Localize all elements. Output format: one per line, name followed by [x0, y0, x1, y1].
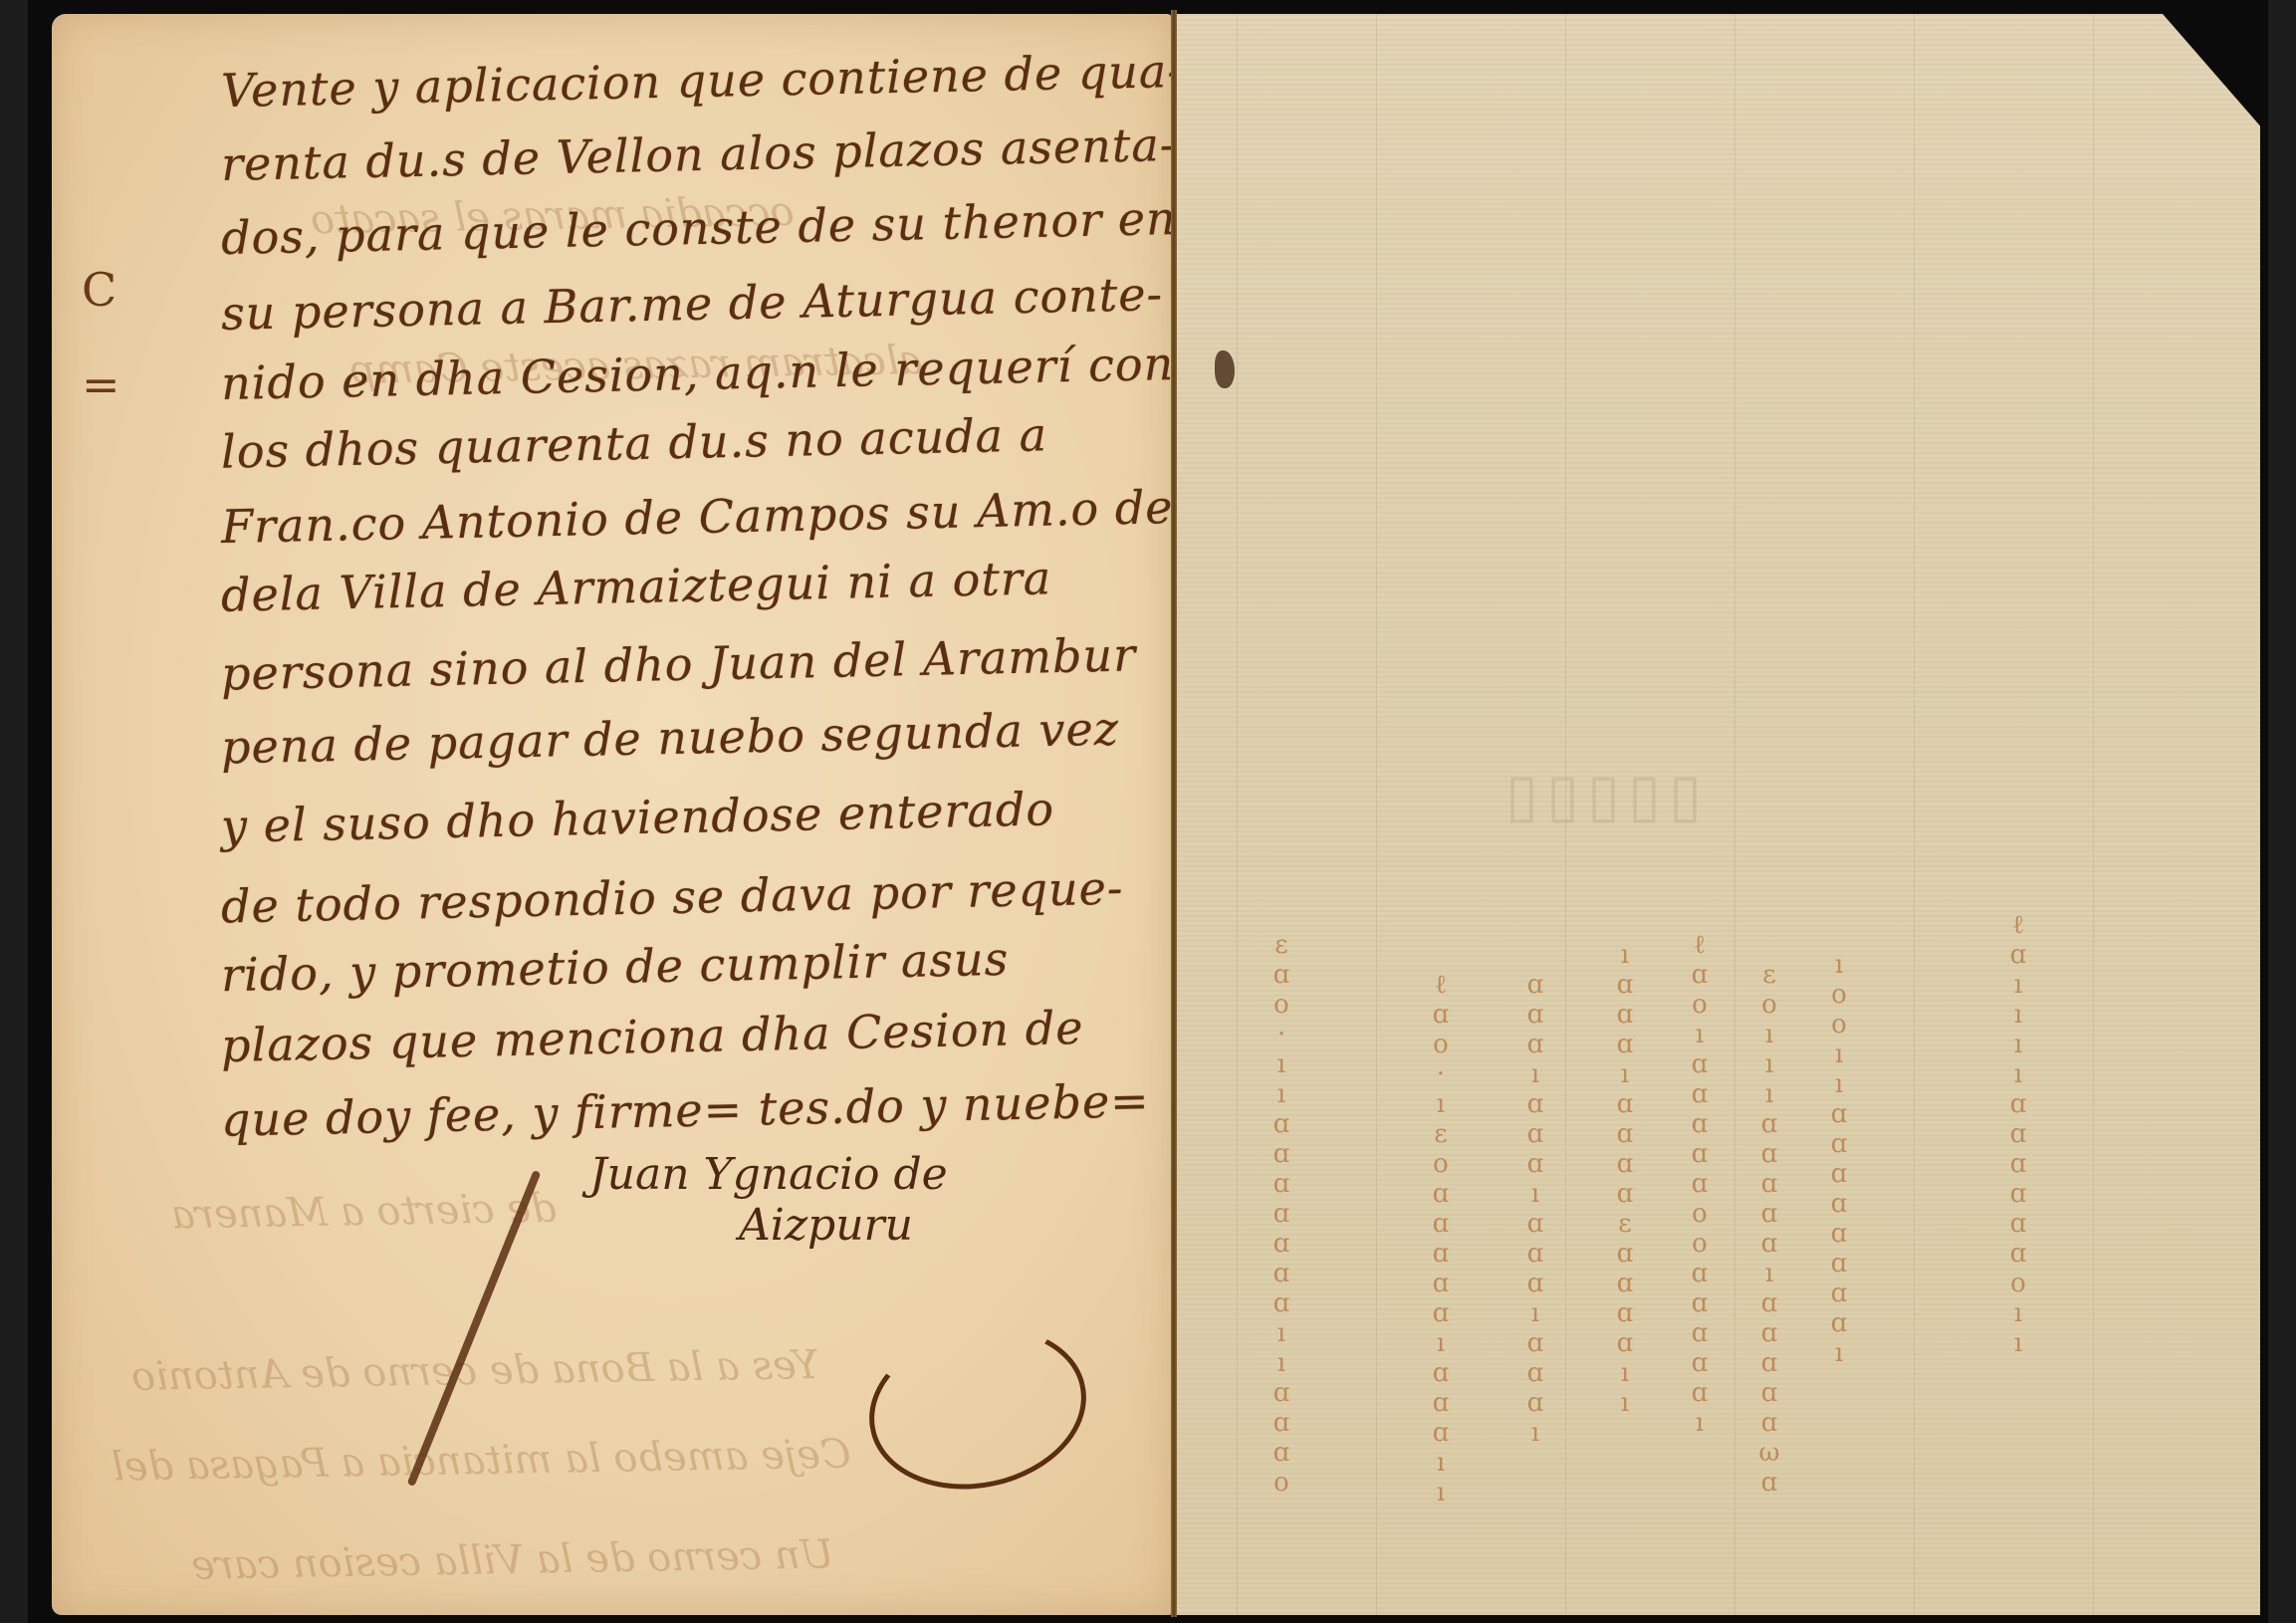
chain-line — [1237, 14, 1238, 1615]
scan-border-right — [2268, 0, 2296, 1623]
manuscript-line: Vente y aplicacion que contiene de qua- — [221, 44, 1173, 117]
manuscript-line: renta du.s de Vellon alos plazos asenta- — [221, 117, 1173, 191]
watermark: ▯▯▯▯▯ — [1505, 761, 1710, 830]
ink-blot — [1215, 350, 1235, 388]
manuscript-line: Fran.co Antonio de Campos su Am.o de — [221, 480, 1173, 554]
right-page: ▯▯▯▯▯ εɑο·ııɑɑɑɑɑɑɑııɑɑɑο ℓɑο·ıεοɑɑɑɑɑıɑ… — [1177, 14, 2260, 1615]
chain-line — [1376, 14, 1377, 1615]
manuscript-line: de todo respondio se dava por reque- — [221, 861, 1124, 934]
manuscript-line: pena de pagar de nuebo segunda vez — [221, 702, 1120, 775]
manuscript-line: su persona a Bar.me de Aturgua conte- — [221, 267, 1164, 341]
margin-mark-equals: = — [82, 357, 120, 411]
bleed-through-column: εɑο·ııɑɑɑɑɑɑɑııɑɑɑο — [1266, 930, 1296, 1498]
left-page: occadia maras el sacato alcatram razas a… — [52, 14, 1173, 1615]
chain-line — [1734, 14, 1735, 1615]
manuscript-line: los dhos quarenta du.s no acuda a — [221, 407, 1048, 478]
bleed-through-column: ɑɑɑıɑɑɑıɑɑɑıɑɑɑı — [1520, 970, 1550, 1448]
bleed-through-column: ℓɑοıɑɑɑɑɑοοɑɑɑɑɑı — [1685, 930, 1715, 1438]
signature-line-2: Aizpuru — [739, 1200, 948, 1251]
chain-line — [2093, 14, 2094, 1615]
bleed-through-text: Ceje amebo la mitancia a Pagasa del — [112, 1432, 851, 1491]
manuscript-line: y el suso dho haviendose enterado — [221, 782, 1055, 853]
manuscript-line: rido, y prometio de cumplir asus — [221, 932, 1010, 1003]
manuscript-line: dela Villa de Armaiztegui ni a otra — [221, 551, 1052, 621]
page-gutter — [1171, 10, 1177, 1617]
bleed-through-text: Yes a la Bona de cerno de Antonio — [131, 1342, 819, 1400]
manuscript-line: que doy fee, y firme= tes.do y nuebe= — [221, 1073, 1151, 1147]
bleed-through-column: ℓɑο·ıεοɑɑɑɑɑıɑɑɑıı — [1426, 970, 1456, 1507]
bleed-through-column: ıοοııɑɑɑɑɑɑɑɑı — [1824, 950, 1854, 1368]
margin-mark-c: C — [82, 263, 116, 317]
signature-line-1: Juan Ygnacio de — [589, 1149, 948, 1200]
signature: Juan Ygnacio de Aizpuru — [589, 1149, 948, 1251]
scan-border-left — [0, 0, 28, 1623]
bleed-through-column: ℓɑııııɑɑɑɑɑɑοıı — [2003, 910, 2033, 1358]
bleed-through-column: εοıııɑɑɑɑɑıɑɑɑɑɑωɑ — [1754, 960, 1784, 1498]
manuscript-line: plazos que menciona dha Cesion de — [221, 1001, 1084, 1072]
signature-flourish-loop — [854, 1307, 1101, 1508]
manuscript-line: persona sino al dho Juan del Arambur — [221, 627, 1137, 700]
bleed-through-text: Un cerno de la Villa cesion care — [191, 1531, 834, 1588]
bleed-through-text: de cierto a Manera — [171, 1186, 557, 1239]
chain-line — [1914, 14, 1915, 1615]
bleed-through-column: ıɑɑɑıɑɑɑɑεɑɑɑɑıı — [1610, 940, 1640, 1418]
